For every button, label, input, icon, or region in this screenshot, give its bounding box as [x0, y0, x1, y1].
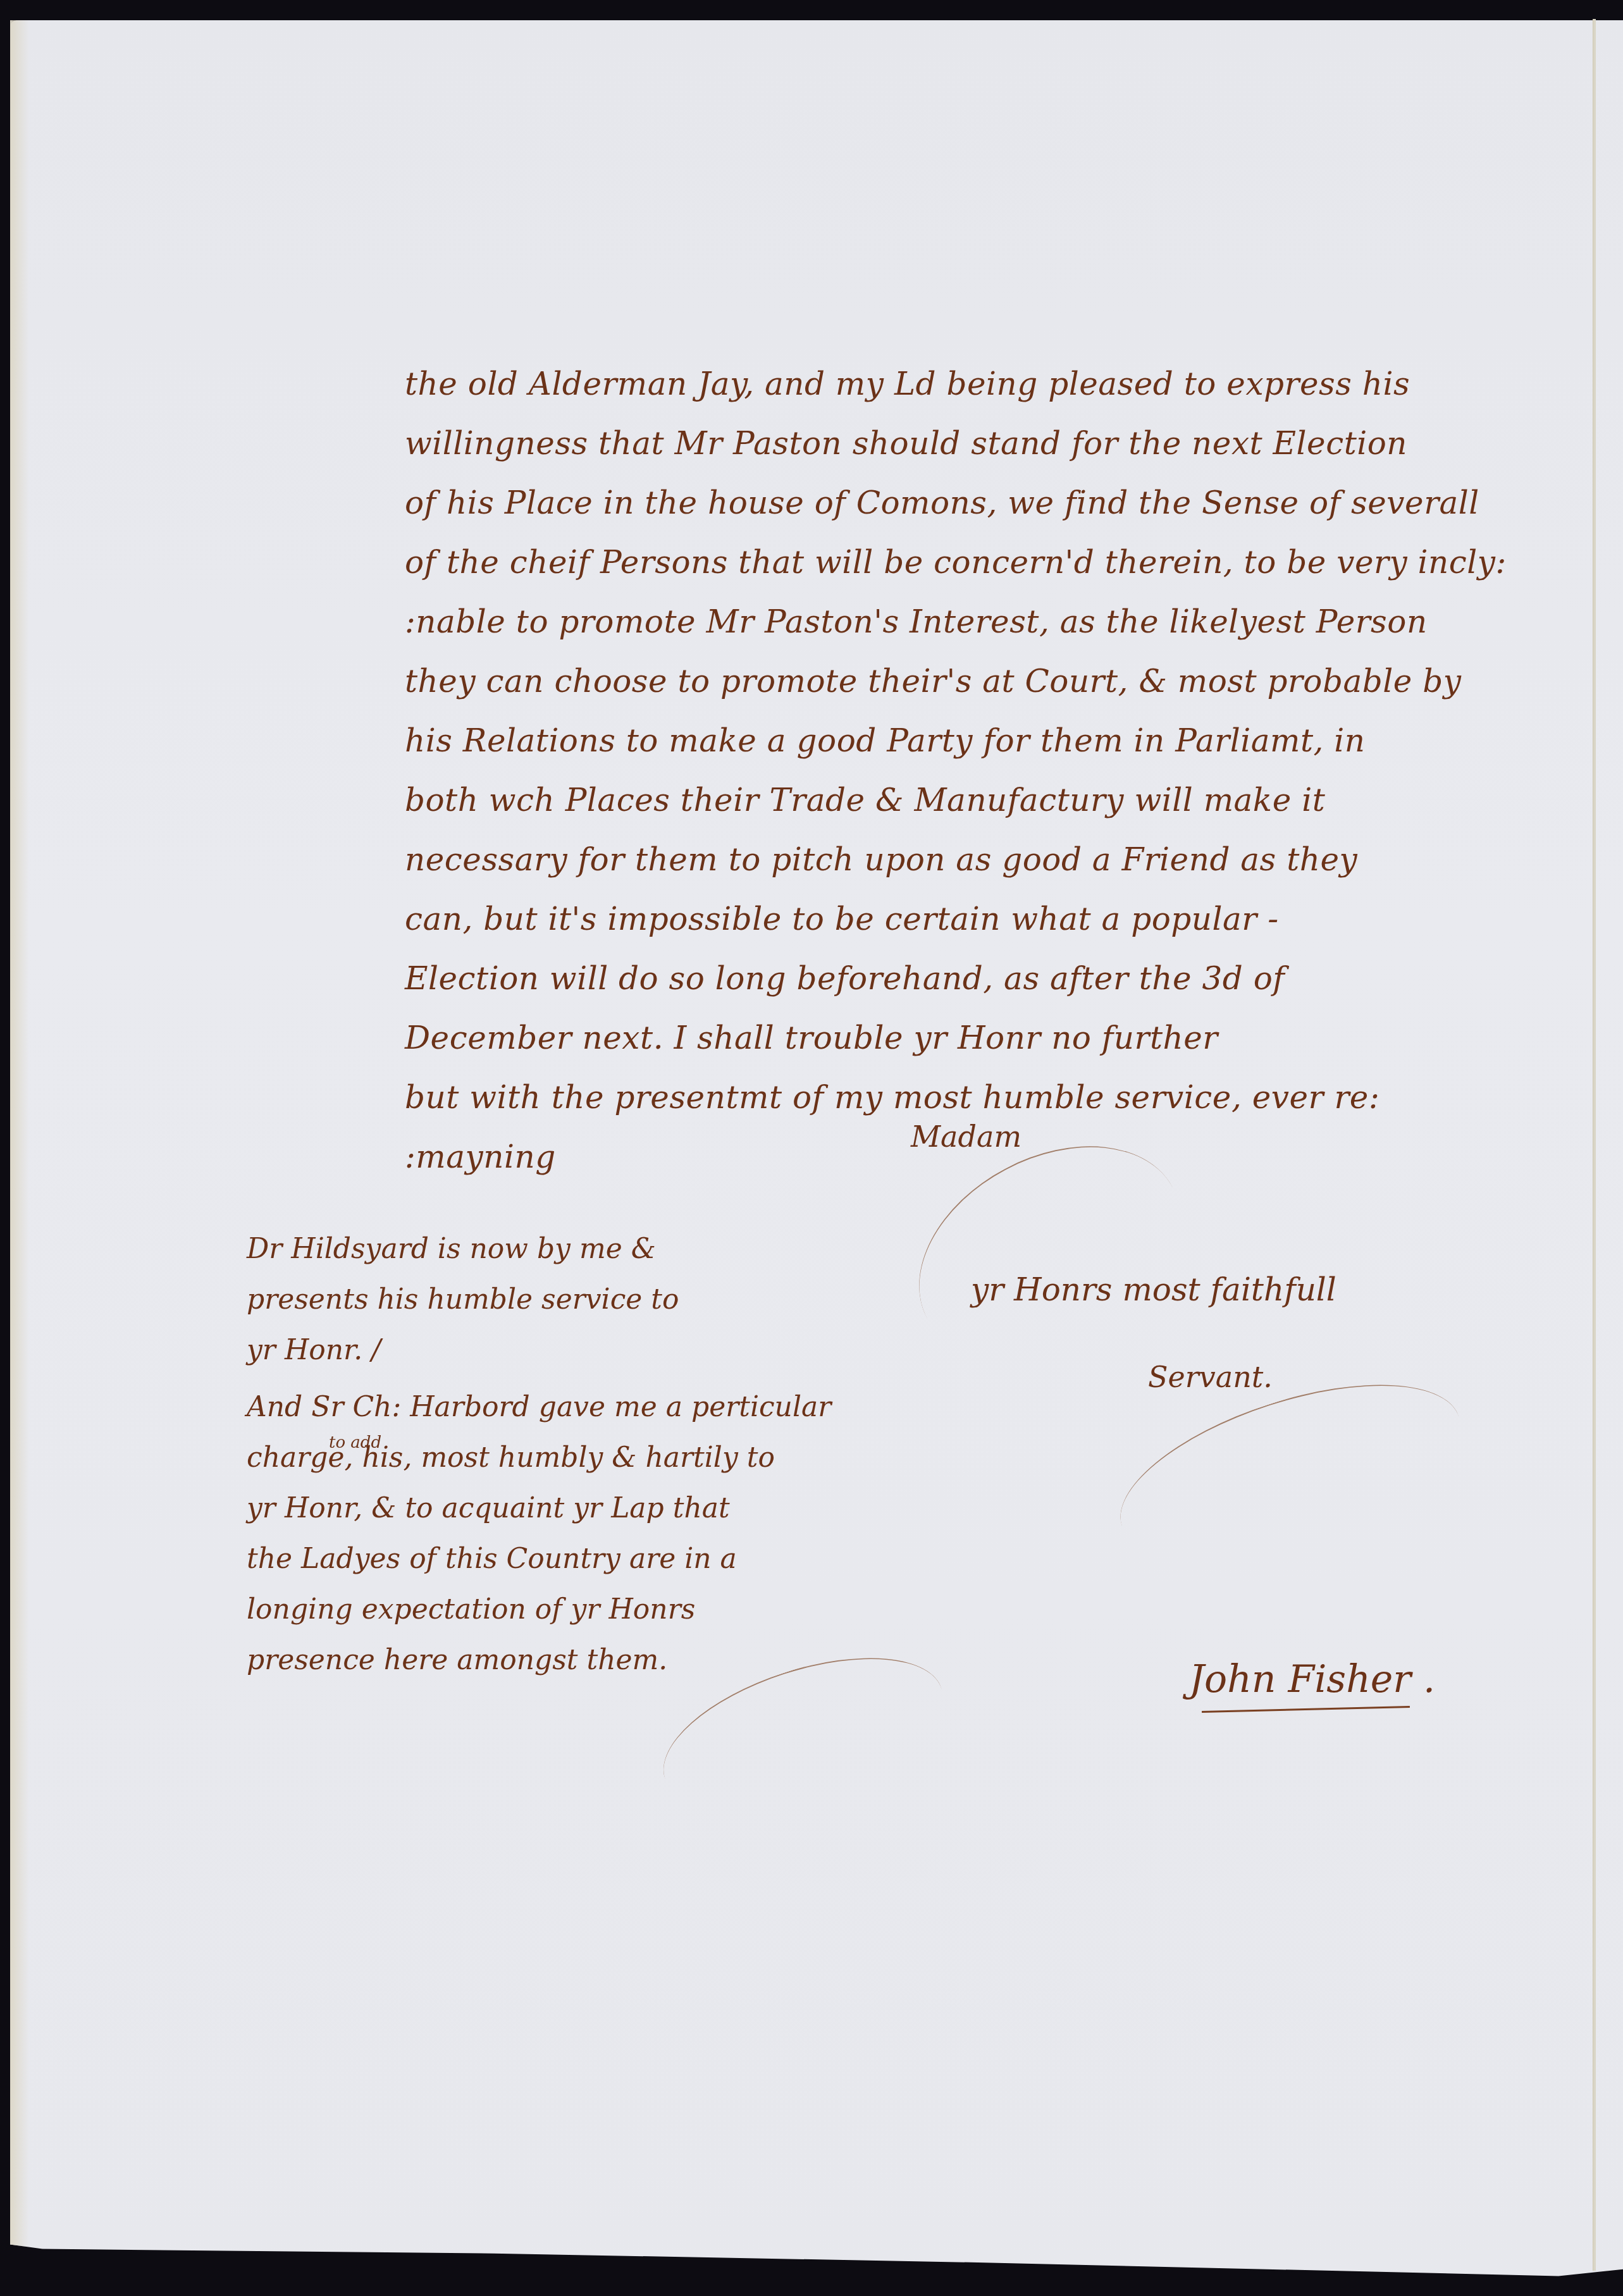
interlinear-insertion: to add [329, 1417, 381, 1468]
salutation-madam: Madam [911, 1120, 1021, 1154]
postscript-line: yr Honr. / [247, 1325, 831, 1376]
body-line: Election will do so long beforehand, as … [405, 949, 1507, 1008]
body-line: of the cheif Persons that will be concer… [405, 533, 1507, 592]
postscript-line: longing expectation of yr Honrs [247, 1584, 831, 1635]
letter-body: the old Alderman Jay, and my Ld being pl… [405, 354, 1507, 1187]
body-line: the old Alderman Jay, and my Ld being pl… [405, 354, 1507, 414]
postscript-line: Dr Hildsyard is now by me & [247, 1224, 831, 1275]
postscript-line: presents his humble service to [247, 1275, 831, 1325]
page-fold-edge [1593, 19, 1596, 2271]
signature-john-fisher: John Fisher . [1189, 1657, 1435, 1701]
postscript-line: presence here amongst them. [247, 1635, 831, 1686]
body-line: necessary for them to pitch upon as good… [405, 830, 1507, 889]
postscript-line-with-insertion: to add charge, his, most humbly & hartil… [247, 1433, 831, 1483]
postscript-line-text: charge, his, most humbly & hartily to [247, 1441, 775, 1474]
body-line: can, but it's impossible to be certain w… [405, 889, 1507, 949]
body-line: :nable to promote Mr Paston's Interest, … [405, 592, 1507, 651]
postscript: Dr Hildsyard is now by me & presents his… [247, 1224, 831, 1686]
body-line: willingness that Mr Paston should stand … [405, 414, 1507, 473]
body-line: but with the presentmt of my most humble… [405, 1068, 1507, 1127]
body-line: of his Place in the house of Comons, we … [405, 473, 1507, 533]
postscript-line: the Ladyes of this Country are in a [247, 1534, 831, 1584]
body-line: December next. I shall trouble yr Honr n… [405, 1008, 1507, 1068]
postscript-line: yr Honr, & to acquaint yr Lap that [247, 1483, 831, 1534]
body-line: both wch Places their Trade & Manufactur… [405, 770, 1507, 830]
body-line: his Relations to make a good Party for t… [405, 711, 1507, 770]
valediction-line-2: Servant. [1148, 1360, 1273, 1394]
body-line: they can choose to promote their's at Co… [405, 651, 1507, 711]
